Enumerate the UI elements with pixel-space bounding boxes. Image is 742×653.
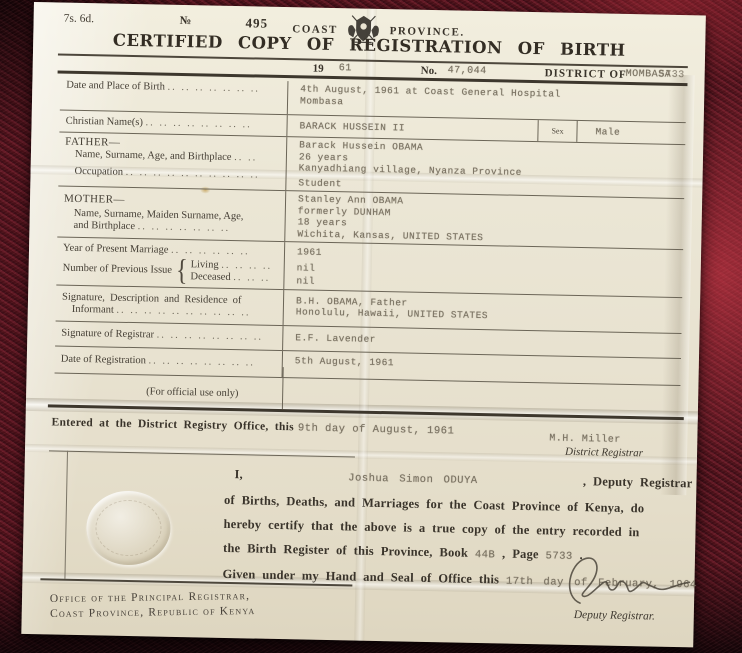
- entered-at-line: Entered at the District Registry Office,…: [51, 412, 454, 438]
- margin-number: 5733: [659, 70, 685, 82]
- no-label: No.: [421, 65, 437, 77]
- photo-background-fabric: 7s. 6d. № 495 COAST PROVINCE. CERTIFIED …: [0, 0, 742, 653]
- serial-number: 495: [245, 15, 268, 31]
- deputy-registrar-signature-icon: [562, 551, 693, 614]
- field-label: Date of Registration .. .. .. .. .. .. .…: [55, 346, 283, 377]
- field-label: Signature, Description and Residence of …: [56, 285, 285, 325]
- registration-form-table: Date and Place of Birth .. .. .. .. .. .…: [55, 77, 687, 386]
- deputy-registrar-name: Joshua Simon ODUYA: [348, 466, 478, 493]
- seal-box-line: [64, 451, 68, 579]
- district-label: DISTRICT OF: [545, 67, 627, 81]
- fee-value: 7s. 6d.: [64, 13, 95, 26]
- field-label: MOTHER— Name, Surname, Maiden Surname, A…: [57, 187, 286, 242]
- embossed-seal: [86, 490, 171, 566]
- field-label: Signature of Registrar .. .. .. .. .. ..…: [55, 321, 283, 350]
- field-label: Year of Present Marriage .. .. .. .. .. …: [56, 238, 285, 289]
- year-printed: 19: [313, 63, 324, 75]
- cert-post-name: , Deputy Registrar: [583, 469, 693, 495]
- christian-name-value: BARACK HUSSEIN II: [299, 120, 405, 134]
- official-use-note: (For official use only): [146, 386, 238, 399]
- field-label: FATHER— Name, Surname, Age, and Birthpla…: [58, 133, 287, 191]
- field-value: Stanley Ann OBAMA formerly DUNHAM 18 yea…: [285, 191, 684, 249]
- field-value: 1961 nil nil: [284, 242, 683, 296]
- number-symbol: №: [180, 15, 192, 27]
- deputy-registrar-caption: Deputy Registrar.: [574, 609, 655, 623]
- office-address: Office of the Principal Registrar, Coast…: [50, 589, 256, 621]
- year-typed: 61: [339, 63, 352, 74]
- district-registrar-name: M.H. Miller: [549, 433, 621, 445]
- sex-value: Male: [595, 126, 620, 138]
- field-label: Date and Place of Birth .. .. .. .. .. .…: [60, 77, 289, 115]
- brace-glyph: {: [176, 263, 188, 279]
- column-divider-line: [282, 367, 284, 409]
- birth-certificate-document: 7s. 6d. № 495 COAST PROVINCE. CERTIFIED …: [21, 2, 706, 647]
- no-value: 47,044: [448, 65, 487, 77]
- seal-box-line: [49, 450, 355, 457]
- field-value: Barack Hussein OBAMA 26 years Kanyadhian…: [286, 137, 685, 198]
- district-registrar-title: District Registrar: [565, 446, 643, 460]
- cert-pre-name: I,: [234, 462, 243, 486]
- book-number: 44B: [475, 549, 496, 561]
- sex-label-box: Sex: [537, 120, 577, 142]
